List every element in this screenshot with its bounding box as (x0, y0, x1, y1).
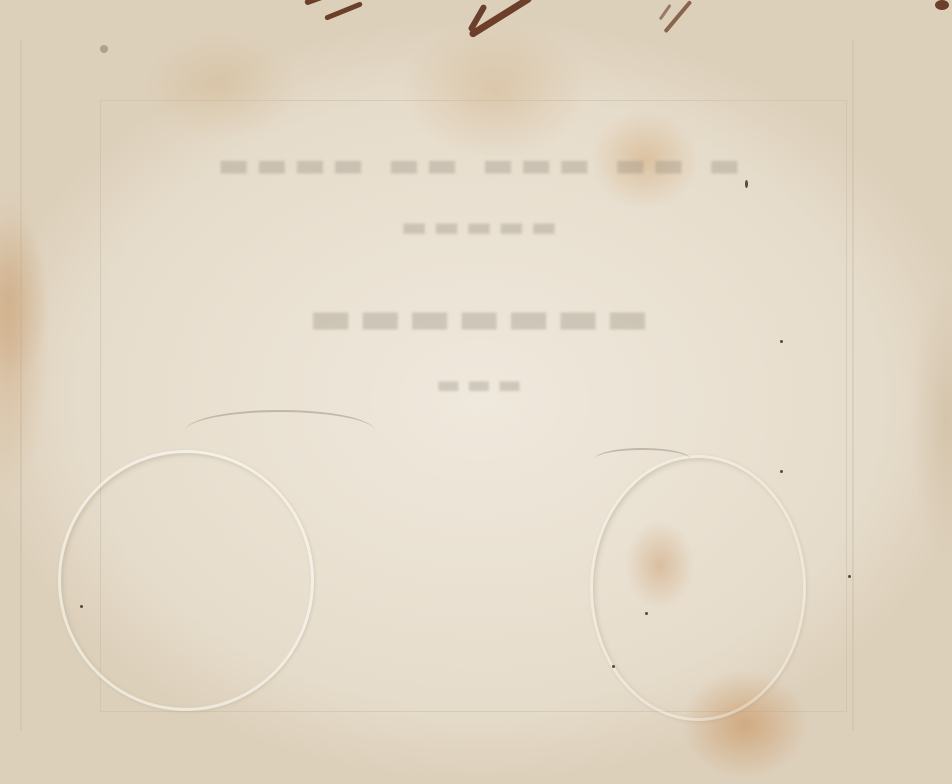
embossed-seal-left (58, 450, 314, 711)
embossed-seal-right (590, 455, 806, 721)
ink-stroke-1 (304, 0, 332, 6)
ghost-text-line-1: ▬ ▬▬ ▬▬▬ ▬▬ ▬▬▬▬ (0, 145, 952, 185)
emboss-curve-right (595, 448, 690, 470)
stain-top-left (140, 30, 300, 140)
document-photo: ▬ ▬▬ ▬▬▬ ▬▬ ▬▬▬▬ ▬▬▬▬▬ ▬▬▬▬▬▬▬ ▬▬▬ (0, 0, 952, 784)
ink-dot-corner (935, 0, 949, 10)
speck (645, 612, 648, 615)
ink-stroke-6 (659, 4, 672, 20)
speck (848, 575, 851, 578)
speck (612, 665, 615, 668)
ghost-text-line-2: ▬▬▬▬▬ (0, 210, 952, 243)
stain-top-center (400, 20, 590, 160)
speck (100, 45, 108, 53)
speck (780, 340, 783, 343)
ghost-text-line-3: ▬▬▬▬▬▬▬ (0, 290, 952, 344)
ink-stroke-2 (324, 1, 363, 21)
speck (745, 180, 748, 188)
speck (780, 470, 783, 473)
emboss-curve-left (185, 410, 375, 452)
speck (80, 605, 83, 608)
ghost-text-line-4: ▬▬▬ (0, 370, 952, 400)
